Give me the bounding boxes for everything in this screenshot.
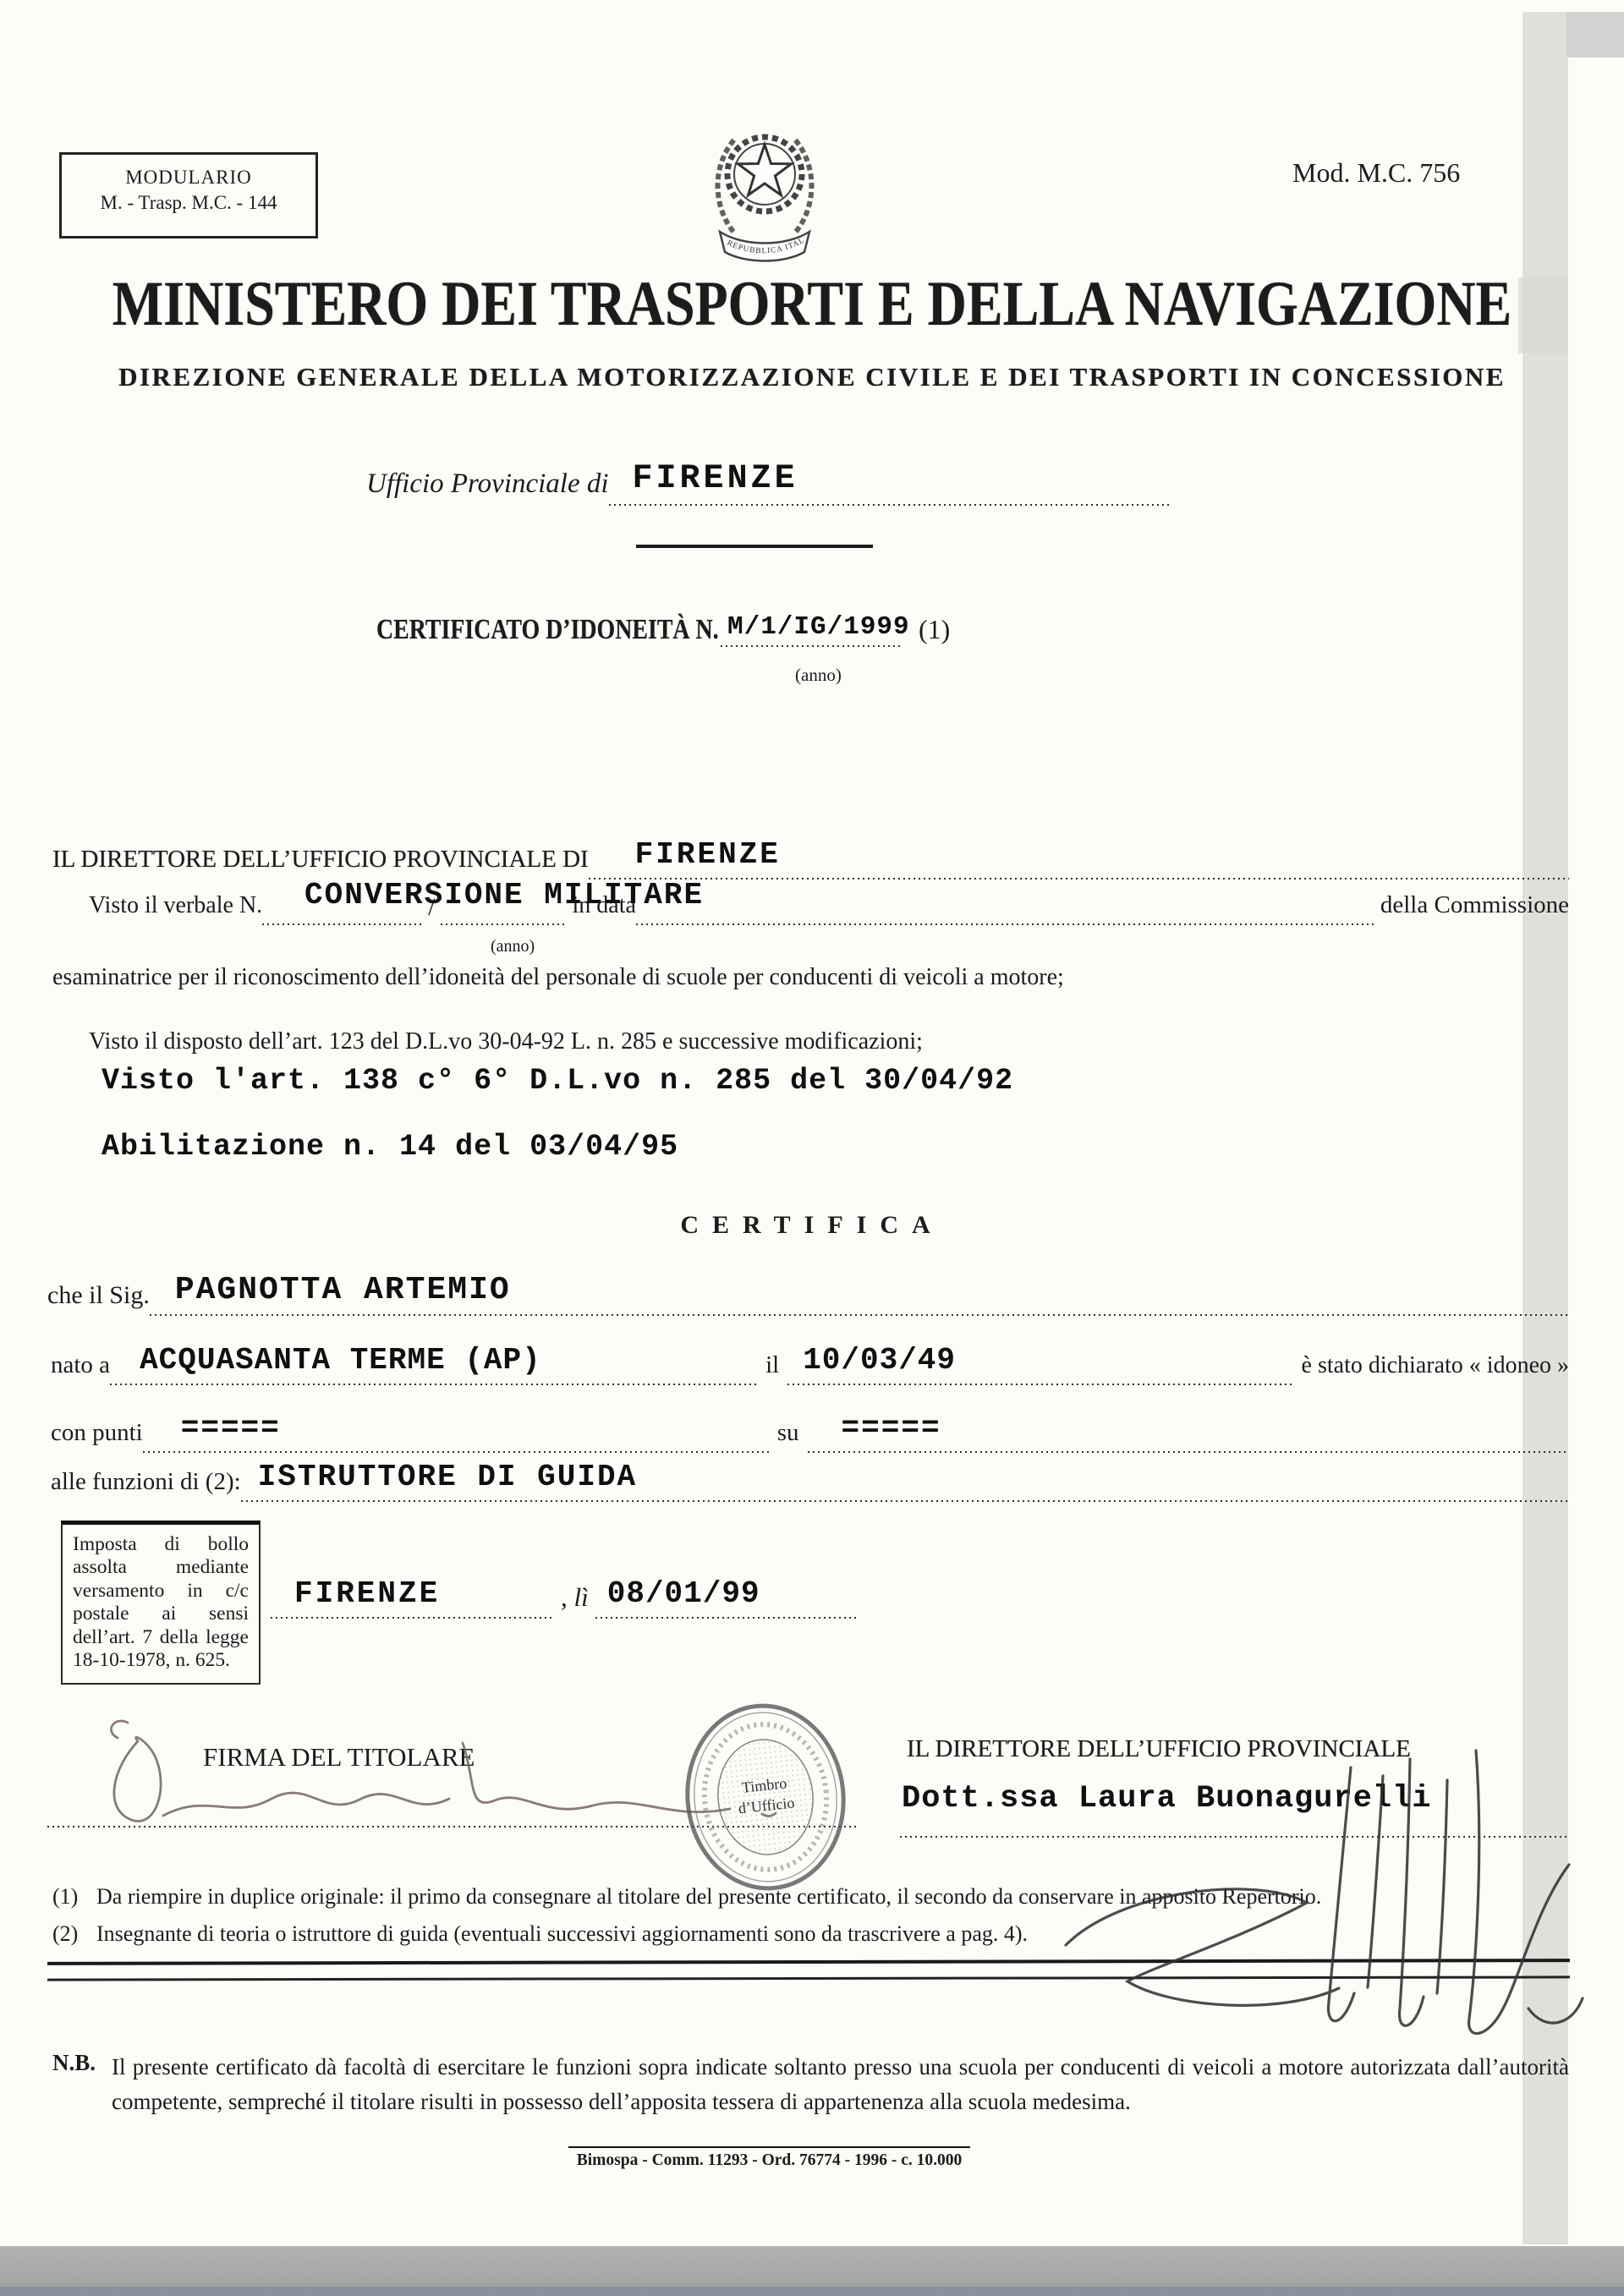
holder-name-line: che il Sig. PAGNOTTA ARTEMIO bbox=[47, 1269, 1569, 1316]
modulario-box: MODULARIO M. - Trasp. M.C. - 144 bbox=[59, 152, 318, 238]
typed-abilitazione-line: Abilitazione n. 14 del 03/04/95 bbox=[101, 1130, 678, 1164]
printer-imprint-text: Bimospa - Comm. 11293 - Ord. 76774 - 199… bbox=[577, 2148, 963, 2170]
verbale-anno-note: (anno) bbox=[491, 937, 535, 956]
office-stamp: Timbro d’Ufficio bbox=[677, 1696, 854, 1899]
verbale-typed-value: CONVERSIONE MILITARE bbox=[304, 878, 704, 912]
su-fill: ===== bbox=[808, 1406, 1569, 1453]
nb-label: N.B. bbox=[52, 2050, 96, 2076]
modulario-line2: M. - Trasp. M.C. - 144 bbox=[62, 192, 315, 214]
modulario-line1: MODULARIO bbox=[62, 167, 315, 189]
issue-date-fill: 08/01/99 bbox=[595, 1571, 859, 1619]
funzioni-label: alle funzioni di (2): bbox=[51, 1468, 241, 1502]
birth-date-fill: 10/03/49 bbox=[787, 1338, 1292, 1385]
issue-date-value: 08/01/99 bbox=[607, 1576, 760, 1611]
che-il-sig-label: che il Sig. bbox=[47, 1281, 150, 1316]
certificato-ref: (1) bbox=[919, 614, 950, 645]
nato-a-label: nato a bbox=[51, 1351, 110, 1385]
issue-place-value: FIRENZE bbox=[294, 1576, 440, 1611]
ufficio-underline bbox=[636, 545, 873, 548]
italian-republic-emblem-icon: REPUBBLICA ITALIANA bbox=[701, 107, 828, 267]
certificato-number-dots bbox=[721, 644, 903, 647]
funzioni-line: alle funzioni di (2): ISTRUTTORE DI GUID… bbox=[51, 1455, 1569, 1502]
ufficio-provinciale-line: Ufficio Provinciale di FIRENZE bbox=[366, 460, 1170, 506]
certificate-page: MODULARIO M. - Trasp. M.C. - 144 REPUBBL… bbox=[0, 0, 1624, 2296]
birth-line: nato a ACQUASANTA TERME (AP) il 10/03/49… bbox=[51, 1338, 1569, 1385]
direzione-subtitle: DIREZIONE GENERALE DELLA MOTORIZZAZIONE … bbox=[0, 362, 1624, 392]
verbale-commissione-label: della Commissione bbox=[1374, 891, 1569, 925]
holder-name-fill: PAGNOTTA ARTEMIO bbox=[150, 1269, 1569, 1316]
nb-text: Il presente certificato dà facoltà di es… bbox=[52, 2050, 1569, 2118]
footnote-2-num: (2) bbox=[52, 1921, 96, 1947]
issue-place-fill: FIRENZE bbox=[271, 1571, 554, 1619]
il-label: il bbox=[757, 1351, 787, 1385]
printer-imprint: Bimospa - Comm. 11293 - Ord. 76774 - 199… bbox=[568, 2146, 970, 2170]
imposta-bollo-box: Imposta di bollo assolta mediante versam… bbox=[61, 1521, 261, 1685]
scan-artifact-bottom-edge bbox=[0, 2287, 1624, 2296]
funzioni-value: ISTRUTTORE DI GUIDA bbox=[258, 1460, 637, 1494]
ministry-title: MINISTERO DEI TRASPORTI E DELLA NAVIGAZI… bbox=[0, 272, 1624, 335]
punti-fill: ===== bbox=[143, 1406, 769, 1453]
ufficio-provinciale-label: Ufficio Provinciale di bbox=[366, 469, 609, 506]
esaminatrice-paragraph: esaminatrice per il riconoscimento dell’… bbox=[52, 964, 1064, 991]
verbale-fill3 bbox=[636, 881, 1374, 925]
direttore-di-value: FIRENZE bbox=[635, 837, 781, 872]
director-signature bbox=[1028, 1729, 1594, 2047]
birth-place-fill: ACQUASANTA TERME (AP) bbox=[110, 1338, 757, 1385]
idoneo-label: è stato dichiarato « idoneo » bbox=[1293, 1352, 1569, 1385]
scan-artifact-corner bbox=[1566, 12, 1624, 58]
punti-line: con punti ===== su ===== bbox=[51, 1406, 1569, 1453]
con-punti-label: con punti bbox=[51, 1419, 143, 1453]
certificato-number: M/1/IG/1999 bbox=[727, 612, 910, 642]
mod-ref: Mod. M.C. 756 bbox=[1292, 157, 1460, 189]
ufficio-provinciale-value: FIRENZE bbox=[633, 460, 798, 498]
imposta-bollo-text: Imposta di bollo assolta mediante versam… bbox=[73, 1533, 249, 1673]
direttore-di-fill: FIRENZE bbox=[589, 836, 1569, 879]
birth-place-value: ACQUASANTA TERME (AP) bbox=[140, 1343, 541, 1378]
typed-visto-art-line: Visto l'art. 138 c° 6° D.L.vo n. 285 del… bbox=[101, 1064, 1013, 1098]
su-label: su bbox=[769, 1419, 808, 1453]
issue-line: FIRENZE , lì 08/01/99 bbox=[271, 1571, 859, 1619]
punti-value: ===== bbox=[181, 1411, 281, 1445]
nb-paragraph: N.B. Il presente certificato dà facoltà … bbox=[52, 2050, 1569, 2118]
issue-li-label: , lì bbox=[554, 1582, 595, 1619]
certificato-anno-note: (anno) bbox=[795, 665, 842, 686]
su-value: ===== bbox=[842, 1411, 941, 1445]
funzioni-fill: ISTRUTTORE DI GUIDA bbox=[241, 1455, 1569, 1502]
direttore-di-label: IL DIRETTORE DELL’UFFICIO PROVINCIALE DI bbox=[52, 846, 589, 879]
verbale-label: Visto il verbale N. bbox=[89, 892, 262, 925]
ministry-title-text: MINISTERO DEI TRASPORTI E DELLA NAVIGAZI… bbox=[112, 266, 1512, 340]
direttore-di-line: IL DIRETTORE DELL’UFFICIO PROVINCIALE DI… bbox=[52, 836, 1569, 879]
birth-date-value: 10/03/49 bbox=[803, 1343, 956, 1378]
visto-disposto-paragraph: Visto il disposto dell’art. 123 del D.L.… bbox=[89, 1028, 923, 1055]
holder-name-value: PAGNOTTA ARTEMIO bbox=[175, 1272, 511, 1308]
ufficio-provinciale-fill: FIRENZE bbox=[609, 460, 1170, 506]
certifica-heading: CERTIFICA bbox=[0, 1211, 1624, 1240]
certificato-heading-label: CERTIFICATO D’IDONEITÀ N. bbox=[376, 614, 719, 646]
footnote-1-num: (1) bbox=[52, 1884, 96, 1910]
